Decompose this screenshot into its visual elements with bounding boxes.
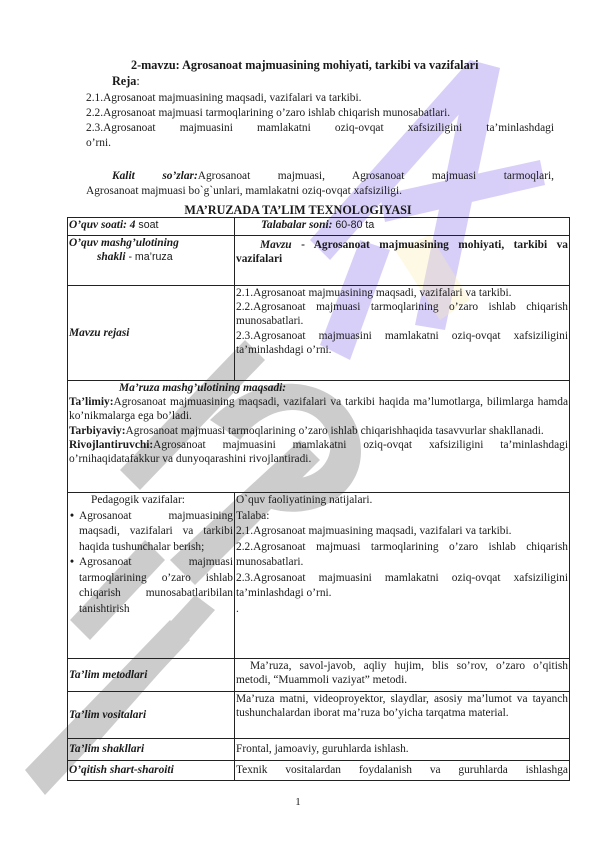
results-subheading: Talaba: bbox=[236, 509, 568, 525]
conditions-label: O’qitish shart-sharoiti bbox=[69, 764, 174, 776]
plan-item: 2.2.Agrosanoat majmuasi tarmoqlarining o… bbox=[86, 106, 554, 121]
table-row: Pedagogik vazifalar: Agrosanoat majmuasi… bbox=[68, 493, 570, 659]
pedagogical-tasks-cell: Pedagogik vazifalar: Agrosanoat majmuasi… bbox=[68, 493, 235, 659]
pedagogical-item: Agrosanoat majmuasining maqsadi, vazifal… bbox=[79, 509, 233, 556]
pedagogical-heading: Pedagogik vazifalar: bbox=[69, 493, 233, 509]
goal-text: Agrosanoat majmuasining maqsadi, vazifal… bbox=[69, 396, 568, 422]
form-label-2: shakli bbox=[97, 251, 126, 263]
plan-label: Reja: bbox=[112, 74, 140, 88]
goal-label: Ta’limiy: bbox=[69, 396, 114, 408]
forms-value-cell: Frontal, jamoaviy, guruhlarda ishlash. bbox=[235, 739, 570, 761]
students-cell: Talabalar soni: 60-80 ta bbox=[235, 218, 570, 236]
methods-label: Ta’lim metodlari bbox=[69, 669, 147, 681]
keywords-text-1: Agrosanoat majmuasi, Agrosanoat majmuasi… bbox=[198, 170, 554, 182]
tools-label: Ta’lim vositalari bbox=[69, 709, 146, 721]
plan-item: 2.3.Agrosanoat majmuasini mamlakatni ozi… bbox=[86, 121, 554, 136]
hours-cell: O’quv soati: 4 soat bbox=[68, 218, 235, 236]
topic-label: Mavzu bbox=[260, 239, 292, 251]
tools-value-cell: Ma’ruza matni, videoproyektor, slaydlar,… bbox=[235, 692, 570, 739]
plan-label-colon: : bbox=[136, 74, 139, 88]
methods-value-cell: Ma’ruza, savol-javob, aqliy hujim, blis … bbox=[235, 659, 570, 692]
topic-plan-item: 2.3.Agrosanoat majmuasini mamlakatni ozi… bbox=[236, 329, 568, 357]
keywords-line-1: Kalit so’zlar:Agrosanoat majmuasi, Agros… bbox=[86, 169, 554, 184]
form-value: - ma’ruza bbox=[126, 251, 173, 263]
form-cell: O’quv mashg’ulotining shakli - ma’ruza bbox=[68, 236, 235, 286]
conditions-label-cell: O’qitish shart-sharoiti bbox=[68, 761, 235, 781]
results-item: 2.1.Agrosanoat majmuasining maqsadi, vaz… bbox=[236, 524, 568, 540]
results-item: 2.3.Agrosanoat majmuasini mamlakatni ozi… bbox=[236, 571, 568, 602]
table-row: O’quv mashg’ulotining shakli - ma’ruza M… bbox=[68, 236, 570, 286]
topic-plan-item: 2.1.Agrosanoat majmuasining maqsadi, vaz… bbox=[236, 286, 568, 300]
students-value: 60-80 ta bbox=[332, 219, 374, 231]
hours-label: O’quv soati: bbox=[69, 219, 127, 231]
document-page: 2-mavzu: Agrosanoat majmuasining mohiyat… bbox=[0, 0, 596, 842]
table-row: Ta’lim metodlari Ma’ruza, savol-javob, a… bbox=[68, 659, 570, 692]
goal-item: Tarbiyaviy:Agrosanoat majmuasi tarmoqlar… bbox=[69, 424, 568, 438]
table-row: O’qitish shart-sharoiti Texnik vositalar… bbox=[68, 761, 570, 781]
pedagogical-item: Agrosanoat majmuasi tarmoqlarining o’zar… bbox=[79, 555, 233, 617]
goal-label: Rivojlantiruvchi: bbox=[69, 439, 153, 451]
keywords-label: Kalit so’zlar: bbox=[112, 170, 198, 182]
goal-label: Tarbiyaviy: bbox=[69, 425, 126, 437]
tools-label-cell: Ta’lim vositalari bbox=[68, 692, 235, 739]
results-item: 2.2.Agrosanoat majmuasi tarmoqlarining o… bbox=[236, 540, 568, 571]
table-row: Ma’ruza mashg’ulotining maqsadi: Ta’limi… bbox=[68, 381, 570, 493]
document-title: 2-mavzu: Agrosanoat majmuasining mohiyat… bbox=[131, 58, 478, 72]
form-label: O’quv mashg’ulotining bbox=[69, 236, 233, 250]
table-row: Ta’lim shakllari Frontal, jamoaviy, guru… bbox=[68, 739, 570, 761]
goal-text: Agrosanoat majmuasi tarmoqlarining o’zar… bbox=[126, 425, 544, 437]
table-row: O’quv soati: 4 soat Talabalar soni: 60-8… bbox=[68, 218, 570, 236]
plan-cell: 2.1.Agrosanoat majmuasining maqsadi, vaz… bbox=[235, 286, 570, 381]
results-heading: O`quv faoliyatining natijalari. bbox=[236, 493, 568, 509]
plan-item: o’rni. bbox=[86, 136, 554, 151]
plan-list: 2.1.Agrosanoat majmuasining maqsadi, vaz… bbox=[86, 91, 554, 151]
topic-plan-label: Mavzu rejasi bbox=[69, 327, 129, 339]
goal-item: Rivojlantiruvchi:Agrosanoat majmuasini m… bbox=[69, 438, 568, 466]
table-row: Mavzu rejasi 2.1.Agrosanoat majmuasining… bbox=[68, 286, 570, 381]
table-title: MA’RUZADA TA’LIM TEXNOLOGIYASI bbox=[0, 203, 596, 217]
page-number: 1 bbox=[0, 795, 596, 809]
topic-text: Mavzu - Agrosanoat majmuasining mohiyati… bbox=[236, 238, 568, 266]
forms-label-cell: Ta’lim shakllari bbox=[68, 739, 235, 761]
plan-label-cell: Mavzu rejasi bbox=[68, 286, 235, 381]
table-row: Ta’lim vositalari Ma’ruza matni, videopr… bbox=[68, 692, 570, 739]
results-end: . bbox=[236, 602, 568, 618]
form-line-2: shakli - ma’ruza bbox=[69, 250, 233, 264]
topic-cell: Mavzu - Agrosanoat majmuasining mohiyati… bbox=[235, 236, 570, 286]
forms-label: Ta’lim shakllari bbox=[69, 743, 144, 755]
goals-cell: Ma’ruza mashg’ulotining maqsadi: Ta’limi… bbox=[68, 381, 570, 493]
keywords-block: Kalit so’zlar:Agrosanoat majmuasi, Agros… bbox=[86, 169, 554, 199]
methods-label-cell: Ta’lim metodlari bbox=[68, 659, 235, 692]
pedagogical-list: Agrosanoat majmuasining maqsadi, vazifal… bbox=[69, 509, 233, 618]
topic-plan-item: 2.2.Agrosanoat majmuasi tarmoqlarining o… bbox=[236, 300, 568, 328]
hours-unit: soat bbox=[135, 219, 158, 231]
conditions-value-cell: Texnik vositalardan foydalanish va guruh… bbox=[235, 761, 570, 781]
students-label: Talabalar soni: bbox=[261, 219, 332, 231]
results-cell: O`quv faoliyatining natijalari. Talaba: … bbox=[235, 493, 570, 659]
lecture-technology-table: O’quv soati: 4 soat Talabalar soni: 60-8… bbox=[67, 217, 570, 781]
keywords-line-2: Agrosanoat majmuasi bo`g`unlari, mamlaka… bbox=[86, 184, 554, 199]
goal-item: Ta’limiy:Agrosanoat majmuasining maqsadi… bbox=[69, 395, 568, 423]
goals-heading: Ma’ruza mashg’ulotining maqsadi: bbox=[69, 381, 568, 395]
plan-item: 2.1.Agrosanoat majmuasining maqsadi, vaz… bbox=[86, 91, 554, 106]
plan-label-text: Reja bbox=[112, 74, 136, 88]
